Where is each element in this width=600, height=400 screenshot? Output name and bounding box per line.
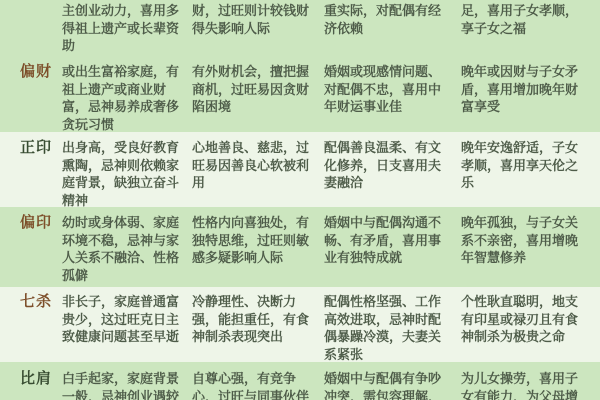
cell-marriage: 重实际，对配偶有经 济依赖: [324, 2, 448, 37]
cell-later-life: 晚年安逸舒适，子女 孝顺，喜用享天伦之 乐: [461, 139, 591, 192]
cell-later-life: 晚年或因财与子女矛 盾，喜用增加晚年财 富享受: [461, 63, 591, 116]
cell-marriage: 配偶善良温柔、有文 化修养，日支喜用夫 妻融洽: [324, 139, 448, 192]
cell-later-life: 为儿女操劳，喜用子 女有能力，为父母增: [461, 370, 591, 400]
row-label-zheng-yin: 正印: [20, 139, 62, 156]
row-label-pian-yin: 偏印: [20, 214, 62, 231]
table-row-pian-yin: 偏印 幼时或身体弱、家庭 环境不稳，忌神与家 人关系不融洽、性格 孤僻 性格内向…: [0, 207, 600, 287]
cell-personality: 冷静理性、决断力 强，能担重任，有食 神制杀表现突出: [192, 293, 312, 346]
cell-marriage: 配偶性格坚强、工作 高效进取，忌神时配 偶暴躁冷漠，夫妻关 系紧张: [324, 293, 448, 363]
row-label-pian-cai: 偏财: [20, 63, 62, 80]
table-row-partial-top: 主创业动力，喜用多 得祖上遗产或长辈资 助 财，过旺则计较钱财 得失影响人际 重…: [0, 0, 600, 55]
cell-origin: 非长子，家庭普通富 贵少，这过旺克日主 致健康问题甚至早逝: [62, 293, 182, 346]
table-row-zheng-yin: 正印 出身高，受良好教育 熏陶，忌神则依赖家 庭背景，缺独立奋斗 精神 心地善良…: [0, 132, 600, 207]
cell-origin: 主创业动力，喜用多 得祖上遗产或长辈资 助: [62, 2, 182, 55]
table-row-qi-sha: 七杀 非长子，家庭普通富 贵少，这过旺克日主 致健康问题甚至早逝 冷静理性、决断…: [0, 287, 600, 362]
cell-marriage: 婚姻或现感情问题、 对配偶不忠，喜用中 年财运事业佳: [324, 63, 448, 116]
cell-origin: 白手起家，家庭背景 一般，忌神创业遇较: [62, 370, 182, 400]
cell-personality: 性格内向喜独处，有 独特思维，过旺则敏 感多疑影响人际: [192, 214, 312, 267]
cell-personality: 心地善良、慈悲，过 旺易因善良心软被利 用: [192, 139, 312, 192]
row-label-bi-jian: 比肩: [20, 370, 62, 387]
cell-later-life: 个性耿直聪明，地支 有印星或禄刃且有食 神制杀为极贵之命: [461, 293, 591, 346]
cell-later-life: 晚年孤独，与子女关 系不亲密，喜用增晚 年智慧修养: [461, 214, 591, 267]
cell-marriage: 婚姻中与配偶有争吵 冲突，需包容理解，: [324, 370, 448, 400]
row-label-qi-sha: 七杀: [20, 293, 62, 310]
table-row-bi-jian: 比肩 白手起家，家庭背景 一般，忌神创业遇较 自尊心强，有竞争 心，过旺与同事伙…: [0, 362, 600, 400]
cell-marriage: 婚姻中与配偶沟通不 畅、有矛盾，喜用事 业有独特成就: [324, 214, 448, 267]
cell-personality: 有外财机会，擅把握 商机，过旺易因贪财 陷困境: [192, 63, 312, 116]
cell-origin: 或出生富裕家庭，有 祖上遗产或商业财 富，忌神易养成奢侈 贪玩习惯: [62, 63, 182, 133]
cell-origin: 出身高，受良好教育 熏陶，忌神则依赖家 庭背景，缺独立奋斗 精神: [62, 139, 182, 209]
cell-personality: 财，过旺则计较钱财 得失影响人际: [192, 2, 312, 37]
table-row-pian-cai: 偏财 或出生富裕家庭，有 祖上遗产或商业财 富，忌神易养成奢侈 贪玩习惯 有外财…: [0, 55, 600, 132]
bazi-table: 主创业动力，喜用多 得祖上遗产或长辈资 助 财，过旺则计较钱财 得失影响人际 重…: [0, 0, 600, 400]
cell-origin: 幼时或身体弱、家庭 环境不稳，忌神与家 人关系不融洽、性格 孤僻: [62, 214, 182, 284]
cell-personality: 自尊心强，有竞争 心，过旺与同事伙伴: [192, 370, 312, 400]
cell-later-life: 足，喜用子女孝顺， 享子女之福: [461, 2, 591, 37]
